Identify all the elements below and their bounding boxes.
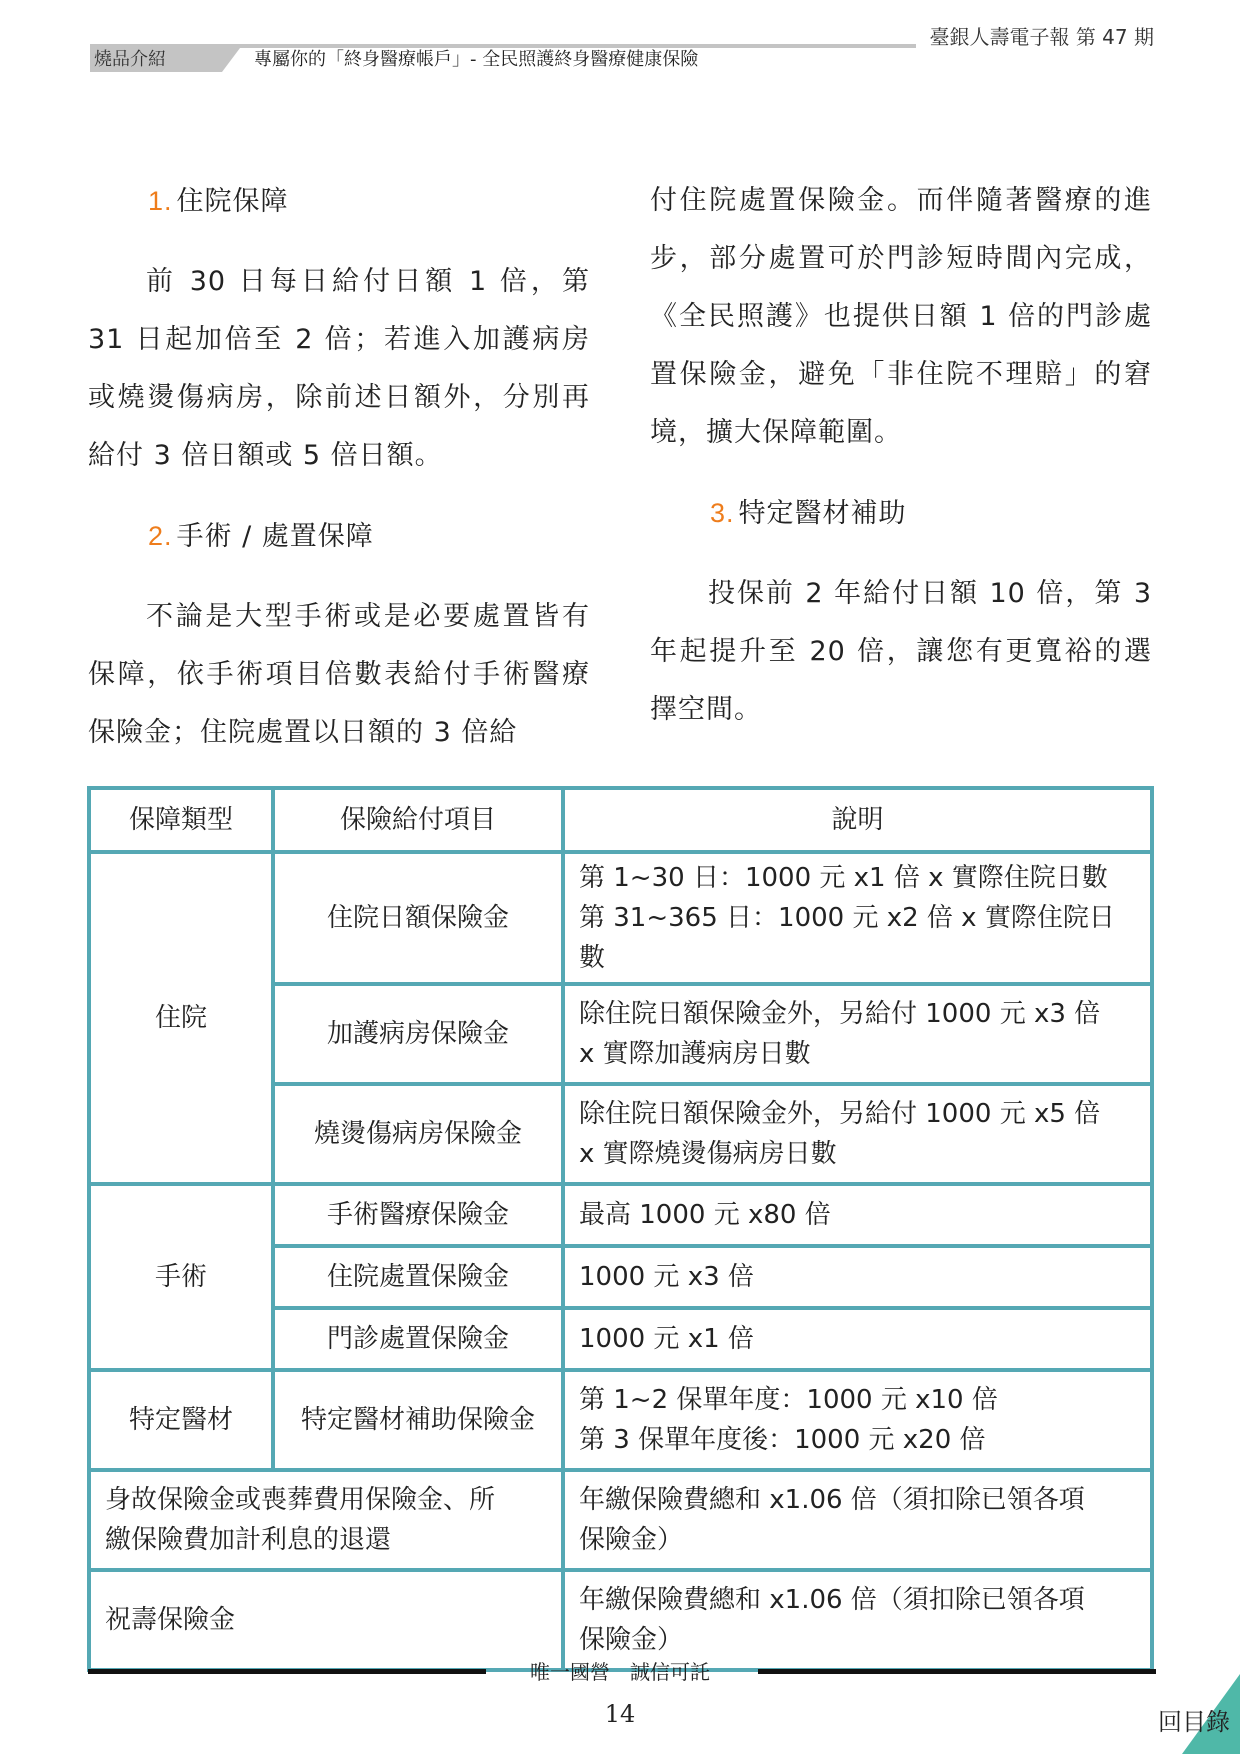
description-line: 年繳保險費總和 x1.06 倍（須扣除已領各項	[579, 1580, 1136, 1620]
section-number: 3.	[710, 498, 735, 528]
table-row: 特定醫材 特定醫材補助保險金 第 1~2 保單年度：1000 元 x10 倍 第…	[89, 1370, 1152, 1470]
section-title: 住院保障	[177, 186, 289, 217]
benefits-table: 保障類型 保險給付項目 說明 住院 住院日額保險金 第 1~30 日：1000 …	[87, 786, 1154, 1672]
section-number: 1.	[148, 186, 173, 216]
section-tag: 燒品介紹	[90, 48, 240, 72]
coverage-type-cell: 手術	[89, 1184, 273, 1370]
merged-label-cell: 祝壽保險金	[89, 1570, 563, 1670]
coverage-type-cell: 住院	[89, 852, 273, 1184]
issue-label: 臺銀人壽電子報 第 47 期	[929, 24, 1154, 50]
section-heading-3: 3.特定醫材補助	[650, 484, 1152, 543]
table-row: 手術 手術醫療保險金 最高 1000 元 x80 倍	[89, 1184, 1152, 1246]
section-paragraph-3: 投保前 2 年給付日額 10 倍，第 3 年起提升至 20 倍，讓您有更寬裕的選…	[650, 565, 1152, 739]
section-heading-2: 2.手術 / 處置保障	[88, 507, 590, 566]
description-cell: 年繳保險費總和 x1.06 倍（須扣除已領各項 保險金）	[563, 1570, 1152, 1670]
section-heading-1: 1.住院保障	[88, 172, 590, 231]
footer-rule-right	[758, 1669, 1156, 1674]
label-line: 身故保險金或喪葬費用保險金、所	[105, 1480, 547, 1520]
benefit-item-cell: 燒燙傷病房保險金	[273, 1084, 563, 1184]
benefit-item-cell: 住院處置保險金	[273, 1246, 563, 1308]
description-line: x 實際加護病房日數	[579, 1034, 1136, 1074]
description-line: 除住院日額保險金外，另給付 1000 元 x3 倍	[579, 994, 1136, 1034]
section-paragraph-1: 前 30 日每日給付日額 1 倍，第 31 日起加倍至 2 倍；若進入加護病房或…	[88, 253, 590, 485]
table-row: 祝壽保險金 年繳保險費總和 x1.06 倍（須扣除已領各項 保險金）	[89, 1570, 1152, 1670]
label-line: 繳保險費加計利息的退還	[105, 1520, 547, 1560]
description-cell: 1000 元 x3 倍	[563, 1246, 1152, 1308]
description-line: x 實際燒燙傷病房日數	[579, 1134, 1136, 1174]
page-number: 14	[0, 1700, 1240, 1728]
description-cell: 第 1~30 日：1000 元 x1 倍 x 實際住院日數 第 31~365 日…	[563, 852, 1152, 984]
table-row: 住院 住院日額保險金 第 1~30 日：1000 元 x1 倍 x 實際住院日數…	[89, 852, 1152, 984]
section-title: 特定醫材補助	[739, 498, 907, 529]
description-line: 保險金）	[579, 1620, 1136, 1660]
section-number: 2.	[148, 521, 173, 551]
description-cell: 除住院日額保險金外，另給付 1000 元 x3 倍 x 實際加護病房日數	[563, 984, 1152, 1084]
article-title: 專屬你的「終身醫療帳戶」- 全民照護終身醫療健康保險	[254, 48, 698, 72]
right-column: 付住院處置保險金。而伴隨著醫療的進步，部分處置可於門診短時間內完成，《全民照護》…	[650, 172, 1152, 761]
section-title: 手術 / 處置保障	[177, 521, 374, 552]
benefit-item-cell: 手術醫療保險金	[273, 1184, 563, 1246]
description-cell: 最高 1000 元 x80 倍	[563, 1184, 1152, 1246]
description-cell: 1000 元 x1 倍	[563, 1308, 1152, 1370]
coverage-type-cell: 特定醫材	[89, 1370, 273, 1470]
header-coverage-type: 保障類型	[89, 788, 273, 852]
description-line: 第 1~2 保單年度：1000 元 x10 倍	[579, 1380, 1136, 1420]
header-benefit-item: 保險給付項目	[273, 788, 563, 852]
section-paragraph-2a: 不論是大型手術或是必要處置皆有保障，依手術項目倍數表給付手術醫療保險金；住院處置…	[88, 588, 590, 762]
description-line: 除住院日額保險金外，另給付 1000 元 x5 倍	[579, 1094, 1136, 1134]
merged-label-cell: 身故保險金或喪葬費用保險金、所 繳保險費加計利息的退還	[89, 1470, 563, 1570]
description-line: 第 3 保單年度後：1000 元 x20 倍	[579, 1420, 1136, 1460]
header-description: 說明	[563, 788, 1152, 852]
table-header-row: 保障類型 保險給付項目 說明	[89, 788, 1152, 852]
description-line: 第 31~365 日：1000 元 x2 倍 x 實際住院日數	[579, 898, 1136, 978]
description-cell: 除住院日額保險金外，另給付 1000 元 x5 倍 x 實際燒燙傷病房日數	[563, 1084, 1152, 1184]
table-row: 身故保險金或喪葬費用保險金、所 繳保險費加計利息的退還 年繳保險費總和 x1.0…	[89, 1470, 1152, 1570]
description-line: 年繳保險費總和 x1.06 倍（須扣除已領各項	[579, 1480, 1136, 1520]
left-column: 1.住院保障 前 30 日每日給付日額 1 倍，第 31 日起加倍至 2 倍；若…	[88, 172, 590, 784]
benefit-item-cell: 加護病房保險金	[273, 984, 563, 1084]
back-to-toc-link[interactable]: 回目錄	[1158, 1702, 1230, 1737]
description-cell: 年繳保險費總和 x1.06 倍（須扣除已領各項 保險金）	[563, 1470, 1152, 1570]
description-line: 保險金）	[579, 1520, 1136, 1560]
benefit-item-cell: 住院日額保險金	[273, 852, 563, 984]
section-paragraph-2b: 付住院處置保險金。而伴隨著醫療的進步，部分處置可於門診短時間內完成，《全民照護》…	[650, 172, 1152, 462]
description-line: 第 1~30 日：1000 元 x1 倍 x 實際住院日數	[579, 858, 1136, 898]
benefit-item-cell: 門診處置保險金	[273, 1308, 563, 1370]
description-cell: 第 1~2 保單年度：1000 元 x10 倍 第 3 保單年度後：1000 元…	[563, 1370, 1152, 1470]
benefit-item-cell: 特定醫材補助保險金	[273, 1370, 563, 1470]
